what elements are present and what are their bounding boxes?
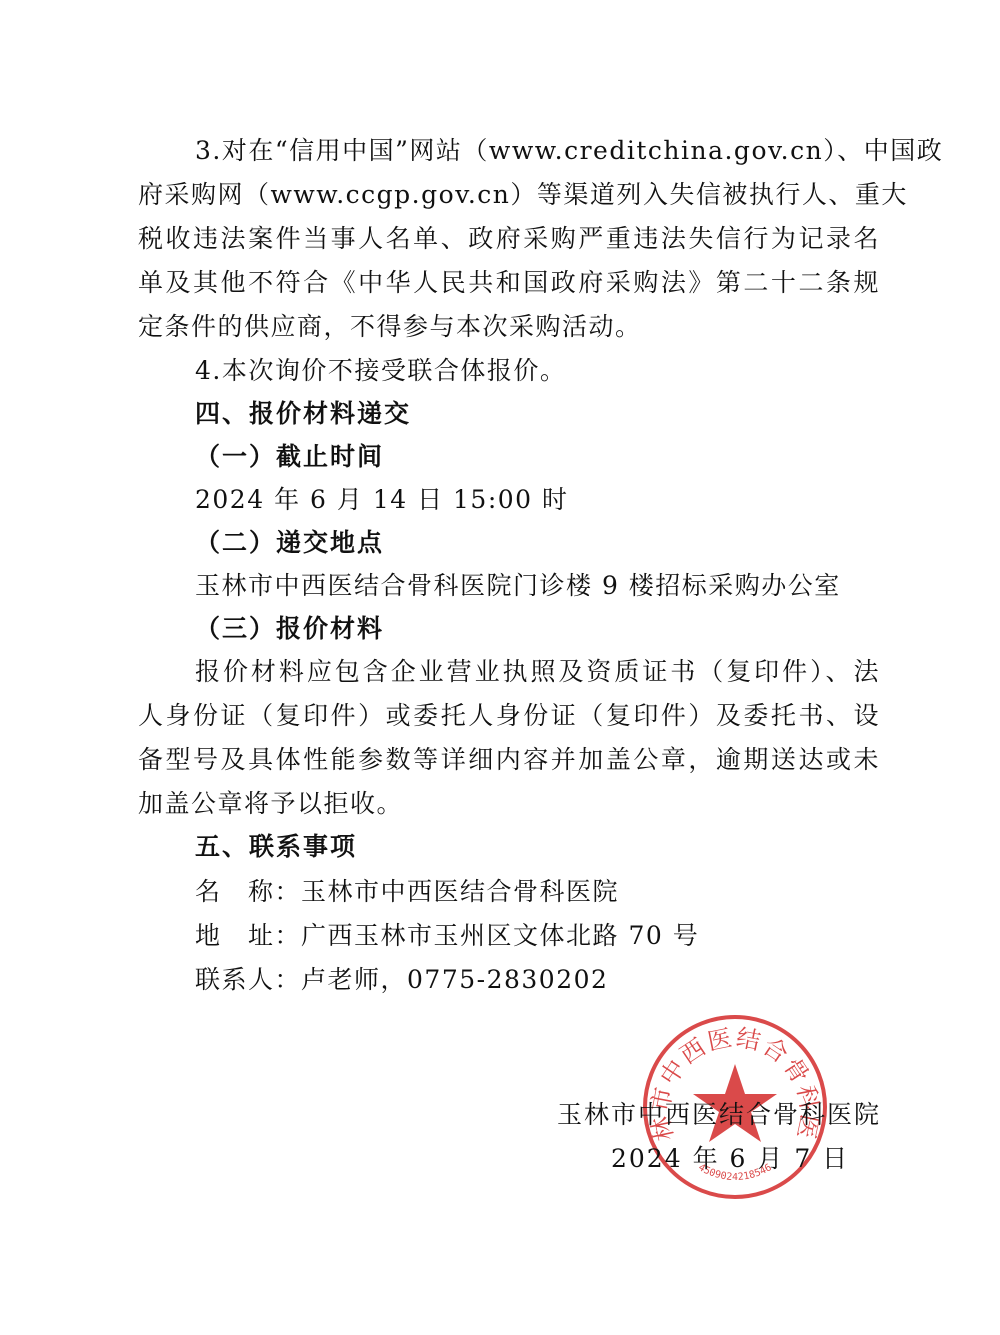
paragraph-line: 单及其他不符合《中华人民共和国政府采购法》第二十二条规	[138, 268, 880, 298]
paragraph-line: 税收违法案件当事人名单、政府采购严重违法失信行为记录名	[138, 224, 880, 254]
subsection-heading: （三）报价材料	[195, 614, 384, 644]
contact-address-label: 地 址：	[195, 921, 301, 950]
contact-person: 联系人：卢老师，0775-2830202	[195, 965, 608, 995]
paragraph-line: 报价材料应包含企业营业执照及资质证书（复印件）、法	[195, 657, 880, 687]
contact-name-label: 名 称：	[195, 877, 301, 906]
subsection-heading: （一）截止时间	[195, 442, 384, 472]
contact-address: 地 址：广西玉林市玉州区文体北路 70 号	[195, 921, 699, 951]
paragraph-line: 定条件的供应商，不得参与本次采购活动。	[138, 312, 642, 342]
contact-person-value: 卢老师，0775-2830202	[301, 965, 608, 994]
subsection-heading: （二）递交地点	[195, 528, 384, 558]
paragraph-line: 人身份证（复印件）或委托人身份证（复印件）及委托书、设	[138, 701, 880, 731]
location-text: 玉林市中西医结合骨科医院门诊楼 9 楼招标采购办公室	[195, 571, 841, 601]
paragraph-line: 备型号及具体性能参数等详细内容并加盖公章，逾期送达或未	[138, 745, 880, 775]
section-heading: 五、联系事项	[195, 832, 357, 862]
section-heading: 四、报价材料递交	[195, 399, 411, 429]
contact-address-value: 广西玉林市玉州区文体北路 70 号	[301, 921, 699, 950]
signature-date: 2024 年 6 月 7 日	[611, 1144, 849, 1174]
paragraph-line: 府采购网（www.ccgp.gov.cn）等渠道列入失信被执行人、重大	[138, 180, 880, 210]
deadline-text: 2024 年 6 月 14 日 15:00 时	[195, 485, 569, 515]
contact-name-value: 玉林市中西医结合骨科医院	[301, 877, 619, 906]
signature-organization: 玉林市中西医结合骨科医院	[557, 1100, 881, 1130]
paragraph-line: 4.本次询价不接受联合体报价。	[195, 356, 566, 386]
contact-person-label: 联系人：	[195, 965, 301, 994]
paragraph-line: 3.对在“信用中国”网站（www.creditchina.gov.cn）、中国政	[195, 136, 880, 166]
contact-name: 名 称：玉林市中西医结合骨科医院	[195, 877, 619, 907]
paragraph-line: 加盖公章将予以拒收。	[138, 789, 403, 819]
